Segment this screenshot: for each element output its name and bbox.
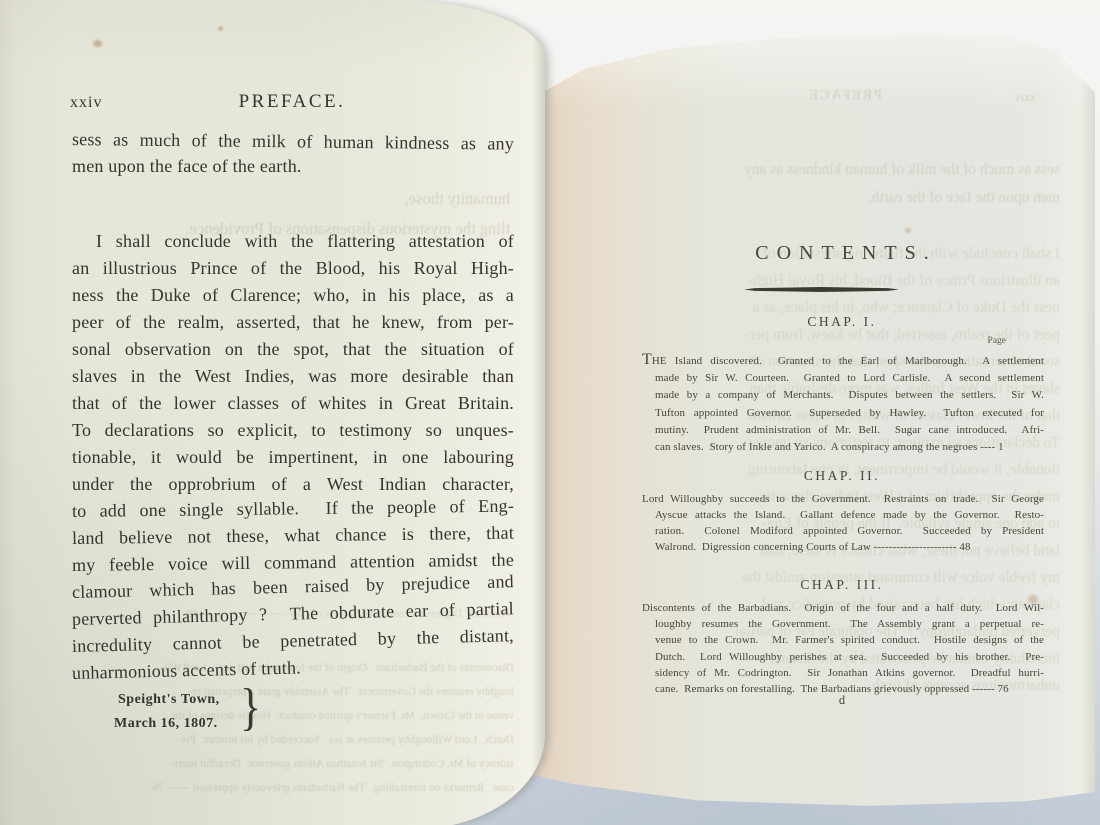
toc-line: made by a company of Merchants. Disputes… xyxy=(642,387,1044,404)
chapter-2-summary: Lord Willoughby succeeds to the Governme… xyxy=(642,491,1044,555)
text-line: ness the Duke of Clarence; who, in his p… xyxy=(72,282,514,309)
page-column-label: Page xyxy=(642,336,1006,346)
toc-line: Ayscue attacks the Island. Gallant defen… xyxy=(642,507,1044,523)
toc-line: sidency of Mr. Codrington. Sir Jonathan … xyxy=(642,665,1044,681)
toc-line: Lord Willoughby succeeds to the Governme… xyxy=(642,491,1044,507)
toc-line: THE Island discovered. Granted to the Ea… xyxy=(642,351,1044,370)
text-line: tionable, it would be impertinent, in on… xyxy=(72,444,514,471)
bleedthrough-line: xxiv xyxy=(1015,90,1036,105)
catchword: d xyxy=(642,693,1042,708)
toc-line: ration. Colonel Modiford appointed Gover… xyxy=(642,523,1044,539)
preface-paragraph-2: I shall conclude with the flattering att… xyxy=(72,228,514,687)
chapter-3-heading: CHAP. III. xyxy=(642,577,1042,593)
bleedthrough-line: cane. Remarks on forestalling. The Barba… xyxy=(78,776,514,800)
text-line: slaves in the West Indies, was more desi… xyxy=(72,363,514,390)
right-page: PREFACE. xxiv sess as much of the milk o… xyxy=(528,30,1095,809)
bleedthrough-line: humanity those, xyxy=(58,184,510,214)
book-photo: humanity those,tling the mysterious disp… xyxy=(0,0,1100,825)
chapter-1-summary: THE Island discovered. Granted to the Ea… xyxy=(642,351,1044,456)
left-page: humanity those,tling the mysterious disp… xyxy=(0,0,545,825)
text-line: an illustrious Prince of the Blood, his … xyxy=(72,255,514,282)
signature-date: March 16, 1807. xyxy=(114,716,218,732)
bleedthrough-text: sess as much of the milk of human kindne… xyxy=(608,156,1060,212)
bleedthrough-line: PREFACE. xyxy=(642,88,1042,104)
text-line: I shall conclude with the flattering att… xyxy=(72,228,514,255)
toc-line: mutiny. Prudent administration of Mr. Be… xyxy=(642,422,1044,439)
text-line: sonal observation on the spot, that the … xyxy=(72,336,514,363)
chapter-1-heading: CHAP. I. xyxy=(642,314,1042,330)
foxing-spot xyxy=(93,40,102,47)
toc-line: made by Sir W. Courteen. Granted to Lord… xyxy=(642,370,1044,387)
signature-brace: } xyxy=(240,678,261,737)
running-head: PREFACE. xyxy=(72,91,512,113)
chapter-3-summary: Discontents of the Barbadians. Origin of… xyxy=(642,600,1044,697)
toc-line: loughby resumes the Government. The Asse… xyxy=(642,616,1044,632)
foxing-spot xyxy=(905,228,911,233)
text-line: sess as much of the milk of human kindne… xyxy=(72,126,514,158)
toc-line: Walrond. Digression concerning Courts of… xyxy=(642,539,1044,555)
signature-place: Speight's Town, xyxy=(118,692,220,708)
text-line: men upon the face of the earth. xyxy=(72,153,514,180)
toc-line: can slaves. Story of Inkle and Yarico. A… xyxy=(642,439,1044,456)
contents-title: CONTENTS. xyxy=(642,242,1042,265)
toc-line: Tufton appointed Governor. Superseded by… xyxy=(642,405,1044,422)
toc-line: venue to the Crown. Mr. Farmer's spirite… xyxy=(642,632,1044,648)
foxing-spot xyxy=(218,26,223,31)
toc-line: Discontents of the Barbadians. Origin of… xyxy=(642,600,1044,616)
bleedthrough-line: sidency of Mr. Codrington. Sir Jonathan … xyxy=(78,752,514,776)
bleedthrough-line: men upon the face of the earth. xyxy=(608,184,1060,212)
text-line: peer of the realm, asserted, that he kne… xyxy=(72,309,514,336)
bleedthrough-line: sess as much of the milk of human kindne… xyxy=(608,156,1060,184)
text-line: that of the lower classes of whites in G… xyxy=(72,390,514,417)
preface-paragraph-1: sess as much of the milk of human kindne… xyxy=(72,126,514,180)
chapter-2-heading: CHAP. II. xyxy=(642,468,1042,484)
toc-line: Dutch. Lord Willoughby perishes at sea. … xyxy=(642,649,1044,665)
text-line: To declarations so explicit, to testimon… xyxy=(72,417,514,444)
